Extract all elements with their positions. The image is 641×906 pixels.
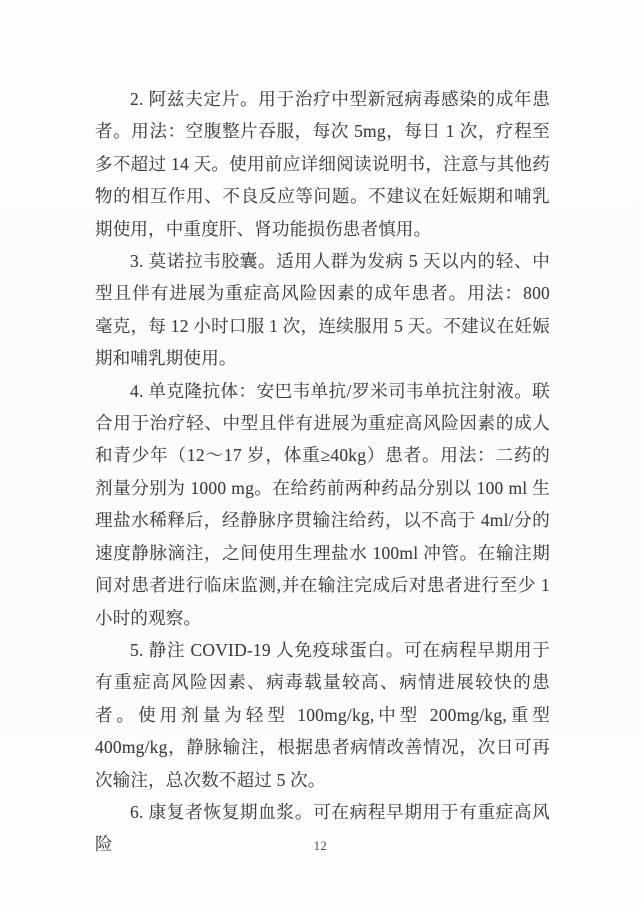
paragraph-monoclonal-antibody: 4. 单克隆抗体：安巴韦单抗/罗米司韦单抗注射液。联合用于治疗轻、中型且伴有进展…	[95, 375, 550, 634]
page-number: 12	[0, 839, 641, 854]
paragraph-azvudine: 2. 阿兹夫定片。用于治疗中型新冠病毒感染的成年患者。用法：空腹整片吞服，每次 …	[95, 83, 550, 245]
body-text: 2. 阿兹夫定片。用于治疗中型新冠病毒感染的成年患者。用法：空腹整片吞服，每次 …	[95, 83, 550, 861]
paragraph-covid19-immunoglobulin: 5. 静注 COVID-19 人免疫球蛋白。可在病程早期用于有重症高风险因素、病…	[95, 634, 550, 796]
scanned-document-page: 2. 阿兹夫定片。用于治疗中型新冠病毒感染的成年患者。用法：空腹整片吞服，每次 …	[0, 0, 641, 906]
paragraph-molnupiravir: 3. 莫诺拉韦胶囊。适用人群为发病 5 天以内的轻、中型且伴有进展为重症高风险因…	[95, 245, 550, 375]
